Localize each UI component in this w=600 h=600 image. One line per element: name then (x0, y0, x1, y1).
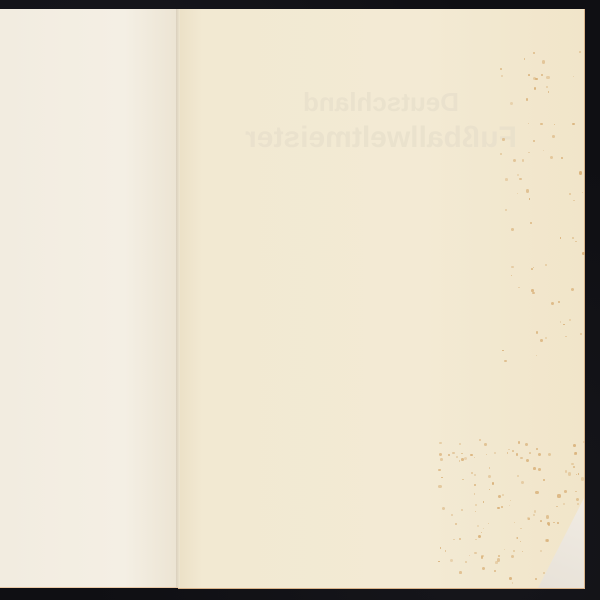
show-through-text-line-2: Fußballweltmeister (178, 121, 584, 155)
right-page: Deutschland Fußballweltmeister (178, 9, 585, 589)
show-through-text-line-1: Deutschland (178, 87, 584, 118)
folded-corner (538, 498, 584, 588)
left-page-blank (0, 9, 178, 587)
book-gutter (176, 9, 180, 587)
